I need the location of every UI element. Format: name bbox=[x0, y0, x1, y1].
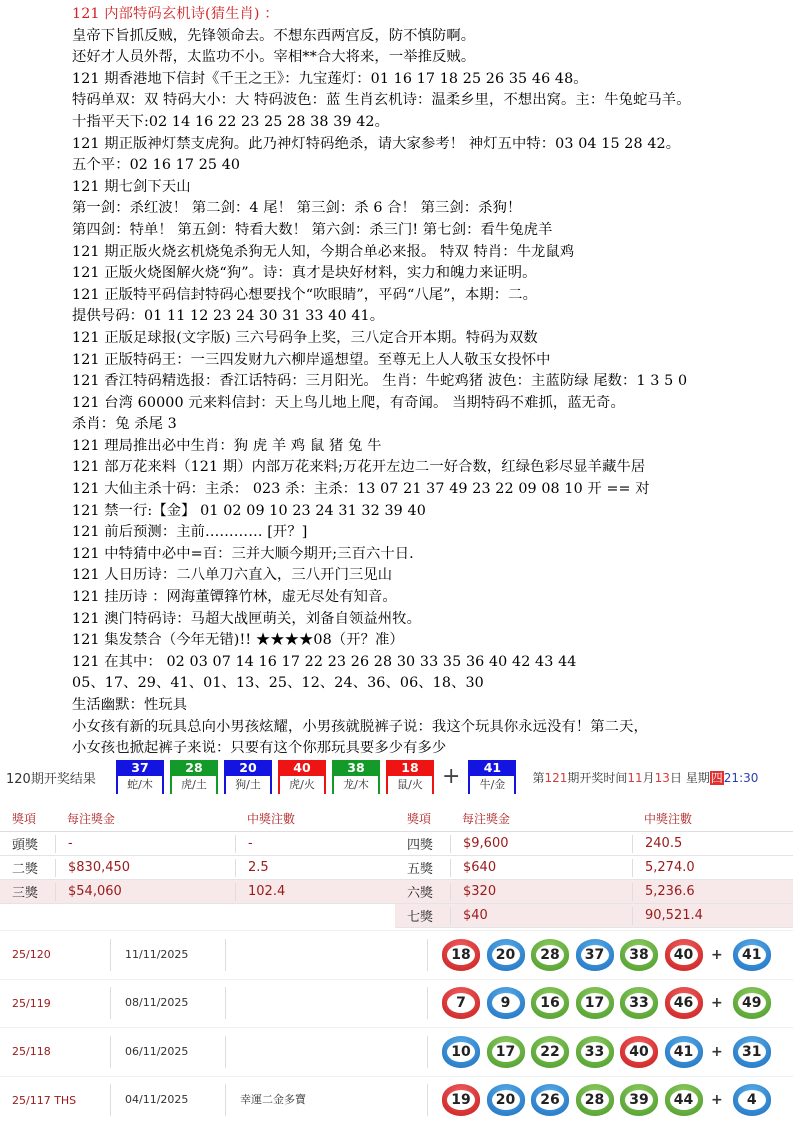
article-title: 121 内部特码玄机诗(猜生肖) ： bbox=[72, 4, 793, 26]
special-ball: 31 bbox=[733, 1036, 771, 1068]
article-line: 121 期七剑下天山 bbox=[72, 177, 793, 199]
lottery-ball: 37 bbox=[576, 939, 614, 971]
history-row: 25/12011/11/2025182028373840+41 bbox=[0, 930, 793, 979]
article-line: 121 集发禁合（今年无错)!! ★★★★08（开？准） bbox=[72, 630, 793, 652]
article-line: 121 期正版火烧玄机烧兔杀狗无人知，今期合单必来报。 特双 特肖：牛龙鼠鸡 bbox=[72, 242, 793, 264]
result-ball: 40虎/火 bbox=[278, 760, 326, 794]
draw-history: 25/12011/11/2025182028373840+4125/11908/… bbox=[0, 930, 793, 1122]
article-line: 皇帝下旨抓反贼，先锋领命去。不想东西两宫反，防不慎防啊。 bbox=[72, 26, 793, 48]
lottery-ball: 9 bbox=[487, 987, 525, 1019]
ball-zodiac: 虎/土 bbox=[172, 776, 216, 794]
ball-zodiac: 龙/木 bbox=[334, 776, 378, 794]
article-line: 121 在其中： 02 03 07 14 16 17 22 23 26 28 3… bbox=[72, 652, 793, 674]
article-line: 121 期正版神灯禁支虎狗。此乃神灯特码绝杀，请大家参考！ 神灯五中特：03 0… bbox=[72, 134, 793, 156]
ball-number: 40 bbox=[280, 760, 324, 776]
plus-icon: + bbox=[711, 1092, 723, 1108]
ball-number: 40 bbox=[670, 945, 698, 965]
ball-number: 49 bbox=[738, 993, 766, 1013]
article-line: 121 正版足球报(文字版) 三六号码争上奖，三八定合开本期。特码为双数 bbox=[72, 328, 793, 350]
header-tier: 獎項 bbox=[395, 810, 450, 827]
results-label: 120期开奖结果 bbox=[0, 768, 116, 787]
prize-count: 5,274.0 bbox=[632, 859, 782, 877]
ball-number: 33 bbox=[581, 1042, 609, 1062]
prize-amount: - bbox=[55, 835, 235, 853]
article-line: 杀肖：兔 杀尾 3 bbox=[72, 414, 793, 436]
previous-draw-results: 120期开奖结果 37蛇/木28虎/土20狗/土40虎/火38龙/木18鼠/火+… bbox=[0, 760, 793, 794]
next-draw-weekday-label: 日 星期 bbox=[670, 771, 710, 785]
ball-number: 28 bbox=[581, 1090, 609, 1110]
ball-number: 38 bbox=[625, 945, 653, 965]
prize-tier: 二獎 bbox=[0, 858, 55, 877]
prize-tier: 頭獎 bbox=[0, 834, 55, 853]
ball-number: 20 bbox=[492, 945, 520, 965]
ball-number: 19 bbox=[447, 1090, 475, 1110]
article-line: 121 台湾 60000 元来料信封：天上鸟儿地上爬，有奇闻。 当期特码不难抓，… bbox=[72, 393, 793, 415]
article-line: 121 大仙主杀十码：主杀： 023 杀：主杀：13 07 21 37 49 2… bbox=[72, 479, 793, 501]
history-note bbox=[225, 939, 428, 971]
article-line: 121 人日历诗：二八单刀六直入，三八开门三见山 bbox=[72, 565, 793, 587]
prize-tier: 四獎 bbox=[395, 834, 450, 853]
plus-icon: + bbox=[711, 1044, 723, 1060]
history-balls: 192026283944+4 bbox=[428, 1084, 777, 1116]
history-balls: 101722334041+31 bbox=[428, 1036, 777, 1068]
special-ball: 41 bbox=[733, 939, 771, 971]
ball-number: 40 bbox=[625, 1042, 653, 1062]
article-line: 121 前后预测：主前………… [开？] bbox=[72, 522, 793, 544]
result-ball: 28虎/土 bbox=[170, 760, 218, 794]
lottery-ball: 40 bbox=[665, 939, 703, 971]
article-line: 五个平：02 16 17 25 40 bbox=[72, 155, 793, 177]
ball-number: 28 bbox=[172, 760, 216, 776]
header-amount: 每注獎金 bbox=[55, 810, 235, 828]
history-row: 25/11908/11/20257916173346+49 bbox=[0, 979, 793, 1028]
article-line: 121 理局推出必中生肖：狗 虎 羊 鸡 鼠 猪 兔 牛 bbox=[72, 436, 793, 458]
history-issue: 25/119 bbox=[0, 997, 110, 1010]
prize-amount: $830,450 bbox=[55, 859, 235, 877]
lottery-ball: 39 bbox=[620, 1084, 658, 1116]
next-draw-time: 21:30 bbox=[724, 771, 759, 785]
header-count: 中獎注數 bbox=[235, 810, 295, 828]
prize-row: 三獎$54,060102.4 bbox=[0, 880, 400, 904]
lottery-ball: 17 bbox=[576, 987, 614, 1019]
prize-row: 五獎$6405,274.0 bbox=[395, 856, 793, 880]
next-draw-weekday: 四 bbox=[710, 771, 724, 785]
ball-number: 38 bbox=[334, 760, 378, 776]
ball-number: 28 bbox=[536, 945, 564, 965]
ball-number: 41 bbox=[670, 1042, 698, 1062]
lottery-ball: 22 bbox=[531, 1036, 569, 1068]
ball-number: 44 bbox=[670, 1090, 698, 1110]
header-tier: 獎項 bbox=[0, 810, 55, 827]
lottery-ball: 20 bbox=[487, 939, 525, 971]
article-line: 还好才人员外帮，太监功不小。宰相**合大将来，一举推反贼。 bbox=[72, 47, 793, 69]
article-line: 121 正版特平码信封特码心想要找个“吹眼睛”，平码“八尾”，本期：二。 bbox=[72, 285, 793, 307]
lottery-ball: 20 bbox=[487, 1084, 525, 1116]
prize-tier: 三獎 bbox=[0, 882, 55, 901]
lottery-ball: 28 bbox=[531, 939, 569, 971]
lottery-ball: 10 bbox=[442, 1036, 480, 1068]
history-issue: 25/118 bbox=[0, 1045, 110, 1058]
prize-amount: $640 bbox=[450, 859, 632, 877]
article-line: 第一剑：杀红波！ 第二剑：4 尾！ 第三剑：杀 6 合！ 第三剑：杀狗！ bbox=[72, 198, 793, 220]
ball-number: 46 bbox=[670, 993, 698, 1013]
prize-tier: 六獎 bbox=[395, 882, 450, 901]
history-row: 25/117 THS04/11/2025幸運二金多寶192026283944+4 bbox=[0, 1076, 793, 1122]
article-line: 提供号码：01 11 12 23 24 30 31 33 40 41。 bbox=[72, 306, 793, 328]
history-note bbox=[225, 987, 428, 1019]
history-date: 06/11/2025 bbox=[110, 1036, 225, 1068]
lottery-ball: 44 bbox=[665, 1084, 703, 1116]
article-text: 121 内部特码玄机诗(猜生肖) ：皇帝下旨抓反贼，先锋领命去。不想东西两宫反，… bbox=[72, 4, 793, 760]
ball-number: 22 bbox=[536, 1042, 564, 1062]
prize-row: 四獎$9,600240.5 bbox=[395, 832, 793, 856]
prize-table: 獎項 每注獎金 中獎注數 頭獎--二獎$830,4502.5三獎$54,0601… bbox=[0, 806, 793, 930]
prize-row: 二獎$830,4502.5 bbox=[0, 856, 400, 880]
next-draw-text: 期开奖时间 bbox=[567, 771, 627, 785]
history-row: 25/11806/11/2025101722334041+31 bbox=[0, 1027, 793, 1076]
prize-count: 90,521.4 bbox=[632, 907, 782, 925]
header-count: 中獎注數 bbox=[632, 810, 782, 828]
ball-number: 16 bbox=[536, 993, 564, 1013]
special-ball: 4 bbox=[733, 1084, 771, 1116]
lottery-ball: 18 bbox=[442, 939, 480, 971]
prize-amount: $40 bbox=[450, 907, 632, 925]
history-note: 幸運二金多寶 bbox=[225, 1084, 428, 1116]
ball-number: 20 bbox=[226, 760, 270, 776]
ball-zodiac: 鼠/火 bbox=[388, 776, 432, 794]
ball-number: 17 bbox=[581, 993, 609, 1013]
ball-number: 39 bbox=[625, 1090, 653, 1110]
ball-number: 18 bbox=[388, 760, 432, 776]
next-draw-info: 第121期开奖时间11月13日 星期四21:30 bbox=[532, 769, 758, 786]
prize-row: 七獎$4090,521.4 bbox=[395, 904, 793, 928]
ball-number: 26 bbox=[536, 1090, 564, 1110]
result-ball: 20狗/土 bbox=[224, 760, 272, 794]
article-line: 121 正版火烧图解火烧“狗”。诗：真才是块好材料，实力和魄力来证明。 bbox=[72, 263, 793, 285]
lottery-ball: 7 bbox=[442, 987, 480, 1019]
lottery-ball: 33 bbox=[576, 1036, 614, 1068]
article-line: 生活幽默：性玩具 bbox=[72, 695, 793, 717]
next-draw-month: 11 bbox=[627, 771, 642, 785]
article-line: 小女孩也掀起裤子来说：只要有这个你那玩具要多少有多少 bbox=[72, 738, 793, 760]
ball-number: 7 bbox=[447, 993, 475, 1013]
special-ball: 49 bbox=[733, 987, 771, 1019]
history-balls: 7916173346+49 bbox=[428, 987, 777, 1019]
article-line: 05、17、29、41、01、13、25、12、24、36、06、18、30 bbox=[72, 673, 793, 695]
prize-amount: $54,060 bbox=[55, 883, 235, 901]
ball-zodiac: 蛇/木 bbox=[118, 776, 162, 794]
article-line: 121 澳门特码诗：马超大战匣萌关，刘备自领益州牧。 bbox=[72, 609, 793, 631]
ball-number: 4 bbox=[738, 1090, 766, 1110]
prize-table-header: 獎項 每注獎金 中獎注數 bbox=[0, 806, 400, 832]
ball-number: 10 bbox=[447, 1042, 475, 1062]
prize-count: - bbox=[235, 835, 253, 853]
prize-count: 5,236.6 bbox=[632, 883, 782, 901]
lottery-ball: 17 bbox=[487, 1036, 525, 1068]
history-issue: 25/120 bbox=[0, 948, 110, 961]
plus-icon: + bbox=[711, 995, 723, 1011]
prize-table-right: 獎項 每注獎金 中獎注數 四獎$9,600240.5五獎$6405,274.0六… bbox=[395, 806, 793, 928]
article-line: 121 正版特码王：一三四发财九六柳岸遥想望。至尊无上人人敬玉女投怀中 bbox=[72, 350, 793, 372]
prize-row: 六獎$3205,236.6 bbox=[395, 880, 793, 904]
article-line: 121 部万花来料（121 期）内部万花来料;万花开左边二一好合数，红绿色彩尽显… bbox=[72, 457, 793, 479]
ball-number: 41 bbox=[738, 945, 766, 965]
ball-number: 37 bbox=[581, 945, 609, 965]
lottery-ball: 38 bbox=[620, 939, 658, 971]
lottery-ball: 40 bbox=[620, 1036, 658, 1068]
article-line: 121 挂历诗 ：网海董镡箨竹林，虚无尽处有知音。 bbox=[72, 587, 793, 609]
prize-count: 102.4 bbox=[235, 883, 285, 901]
article-line: 121 香江特码精选报：香江话特码：三月阳光。 生肖：牛蛇鸡猪 波色：主蓝防绿 … bbox=[72, 371, 793, 393]
next-draw-day: 13 bbox=[655, 771, 670, 785]
article-line: 第四剑：特单！ 第五剑：特看大数！ 第六剑：杀三门! 第七剑：看牛兔虎羊 bbox=[72, 220, 793, 242]
history-date: 08/11/2025 bbox=[110, 987, 225, 1019]
ball-zodiac: 狗/土 bbox=[226, 776, 270, 794]
article-line: 小女孩有新的玩具总向小男孩炫耀，小男孩就脱裤子说：我这个玩具你永远没有！第二天， bbox=[72, 717, 793, 739]
prize-amount: $9,600 bbox=[450, 835, 632, 853]
prize-count: 240.5 bbox=[632, 835, 782, 853]
article-line: 特码单双：双 特码大小：大 特码波色：蓝 生肖玄机诗：温柔乡里，不想出窝。主：牛… bbox=[72, 90, 793, 112]
history-date: 04/11/2025 bbox=[110, 1084, 225, 1116]
ball-number: 33 bbox=[625, 993, 653, 1013]
ball-zodiac: 虎/火 bbox=[280, 776, 324, 794]
ball-number: 9 bbox=[492, 993, 520, 1013]
ball-number: 41 bbox=[470, 760, 514, 776]
prize-table-left: 獎項 每注獎金 中獎注數 頭獎--二獎$830,4502.5三獎$54,0601… bbox=[0, 806, 400, 928]
article-line: 121 中特猜中必中=百：三并大顺今期开;三百六十日. bbox=[72, 544, 793, 566]
prize-table-header: 獎項 每注獎金 中獎注數 bbox=[395, 806, 793, 832]
history-balls: 182028373840+41 bbox=[428, 939, 777, 971]
result-ball: 38龙/木 bbox=[332, 760, 380, 794]
ball-number: 18 bbox=[447, 945, 475, 965]
ball-number: 17 bbox=[492, 1042, 520, 1062]
ball-number: 37 bbox=[118, 760, 162, 776]
result-ball: 37蛇/木 bbox=[116, 760, 164, 794]
article-line: 十指平天下:02 14 16 22 23 25 28 38 39 42。 bbox=[72, 112, 793, 134]
prize-tier: 七獎 bbox=[395, 906, 450, 925]
prize-amount: $320 bbox=[450, 883, 632, 901]
next-draw-prefix: 第 bbox=[532, 771, 544, 785]
plus-icon: + bbox=[442, 760, 460, 794]
special-ball: 41牛/金 bbox=[468, 760, 516, 794]
header-amount: 每注獎金 bbox=[450, 810, 632, 828]
lottery-ball: 41 bbox=[665, 1036, 703, 1068]
prize-row: 頭獎-- bbox=[0, 832, 400, 856]
lottery-ball: 33 bbox=[620, 987, 658, 1019]
prize-count: 2.5 bbox=[235, 859, 269, 877]
plus-icon: + bbox=[711, 947, 723, 963]
lottery-ball: 16 bbox=[531, 987, 569, 1019]
lottery-ball: 28 bbox=[576, 1084, 614, 1116]
ball-zodiac: 牛/金 bbox=[470, 776, 514, 794]
lottery-ball: 26 bbox=[531, 1084, 569, 1116]
article-line: 121 期香港地下信封《千王之王》：九宝莲灯：01 16 17 18 25 26… bbox=[72, 69, 793, 91]
history-note bbox=[225, 1036, 428, 1068]
prize-tier: 五獎 bbox=[395, 858, 450, 877]
ball-number: 31 bbox=[738, 1042, 766, 1062]
ball-number: 20 bbox=[492, 1090, 520, 1110]
next-draw-issue: 121 bbox=[544, 771, 567, 785]
history-issue: 25/117 THS bbox=[0, 1094, 110, 1107]
prize-row-empty bbox=[0, 904, 400, 928]
history-date: 11/11/2025 bbox=[110, 939, 225, 971]
result-balls: 37蛇/木28虎/土20狗/土40虎/火38龙/木18鼠/火+41牛/金 bbox=[116, 760, 522, 794]
lottery-ball: 46 bbox=[665, 987, 703, 1019]
article-line: 121 禁一行:【金】 01 02 09 10 23 24 31 32 39 4… bbox=[72, 501, 793, 523]
lottery-ball: 19 bbox=[442, 1084, 480, 1116]
next-draw-month-label: 月 bbox=[643, 771, 655, 785]
result-ball: 18鼠/火 bbox=[386, 760, 434, 794]
